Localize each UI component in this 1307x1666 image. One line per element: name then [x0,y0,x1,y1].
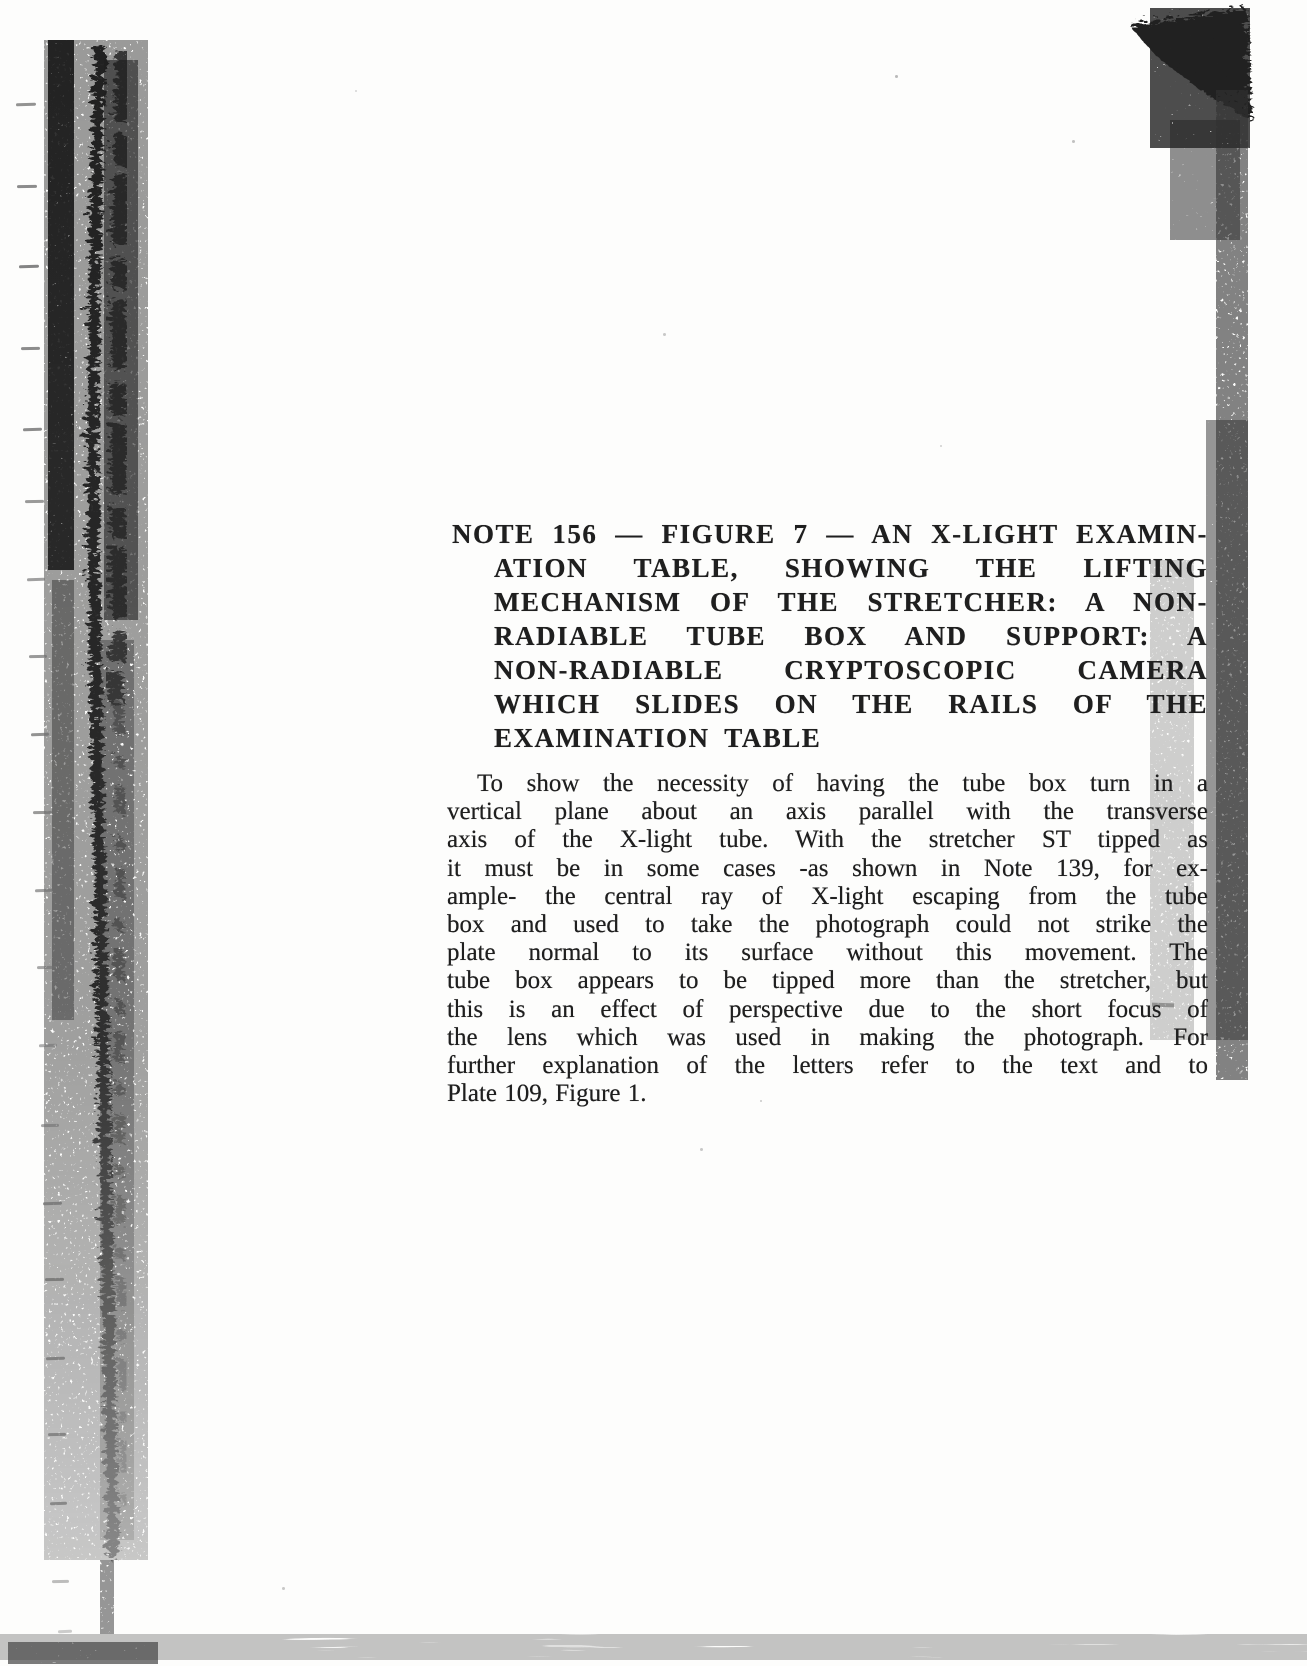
body-line: it must be in some cases -as shown in No… [447,855,1208,883]
margin-tick [16,103,36,107]
body-line: tube box appears to be tipped more than … [447,967,1208,995]
body-line: plate normal to its surface without this… [447,939,1208,967]
body-line: To show the necessity of having the tube… [447,770,1208,798]
margin-tick [46,1357,65,1361]
figure-caption-heading: NOTE 156 — FIGURE 7 — AN X-LIGHT EXAMIN-… [447,517,1208,755]
heading-line: NON-RADIABLE CRYPTOSCOPIC CAMERA [447,653,1208,687]
heading-line: MECHANISM OF THE STRETCHER: A NON- [447,585,1208,619]
scan-artifact-bottom-edge [0,1560,1307,1664]
margin-tick [31,733,49,737]
scan-artifact-corner-smudge [1126,4,1250,240]
heading-line: ATION TABLE, SHOWING THE LIFTING [447,551,1208,585]
margin-tick [17,185,37,188]
body-line: axis of the X-light tube. With the stret… [447,826,1208,854]
margin-tick [29,655,47,658]
heading-line: EXAMINATION TABLE [447,721,1208,755]
scan-speck [700,1148,703,1151]
margin-tick [21,347,40,350]
body-line: box and used to take the photograph coul… [447,911,1208,939]
margin-tick [52,1580,69,1583]
scanned-document-page: NOTE 156 — FIGURE 7 — AN X-LIGHT EXAMIN-… [0,0,1307,1666]
margin-tick [45,1278,64,1281]
margin-tick [58,1630,72,1633]
scan-speck [663,333,666,336]
heading-line: RADIABLE TUBE BOX AND SUPPORT: A [447,619,1208,653]
scan-artifact-binding-strip [44,40,148,1560]
margin-tick [35,889,53,893]
margin-tick [48,1433,66,1436]
margin-tick [33,811,52,814]
margin-tick [43,1202,62,1206]
margin-tick [25,500,44,503]
note-content: NOTE 156 — FIGURE 7 — AN X-LIGHT EXAMIN-… [447,517,1208,1108]
scan-speck [895,75,898,78]
body-line: further explanation of the letters refer… [447,1052,1208,1080]
heading-line: NOTE 156 — FIGURE 7 — AN X-LIGHT EXAMIN- [447,517,1208,551]
scan-speck [1072,140,1075,143]
margin-tick [19,265,39,269]
body-line: this is an effect of perspective due to … [447,996,1208,1024]
margin-tick [41,1124,59,1127]
margin-tick [50,1502,67,1506]
margin-tick [37,966,55,969]
scan-speck [282,1587,285,1590]
body-line: ample- the central ray of X-light escapi… [447,883,1208,911]
scan-speck [940,445,942,447]
scan-speck [355,90,357,92]
body-line: vertical plane about an axis parallel wi… [447,798,1208,826]
margin-tick [39,1044,57,1048]
heading-line: WHICH SLIDES ON THE RAILS OF THE [447,687,1208,721]
body-line: Plate 109, Figure 1. [447,1080,1208,1108]
margin-tick [27,578,45,582]
caption-body-paragraph: To show the necessity of having the tube… [447,770,1208,1108]
body-line: the lens which was used in making the ph… [447,1024,1208,1052]
margin-tick [23,428,42,432]
